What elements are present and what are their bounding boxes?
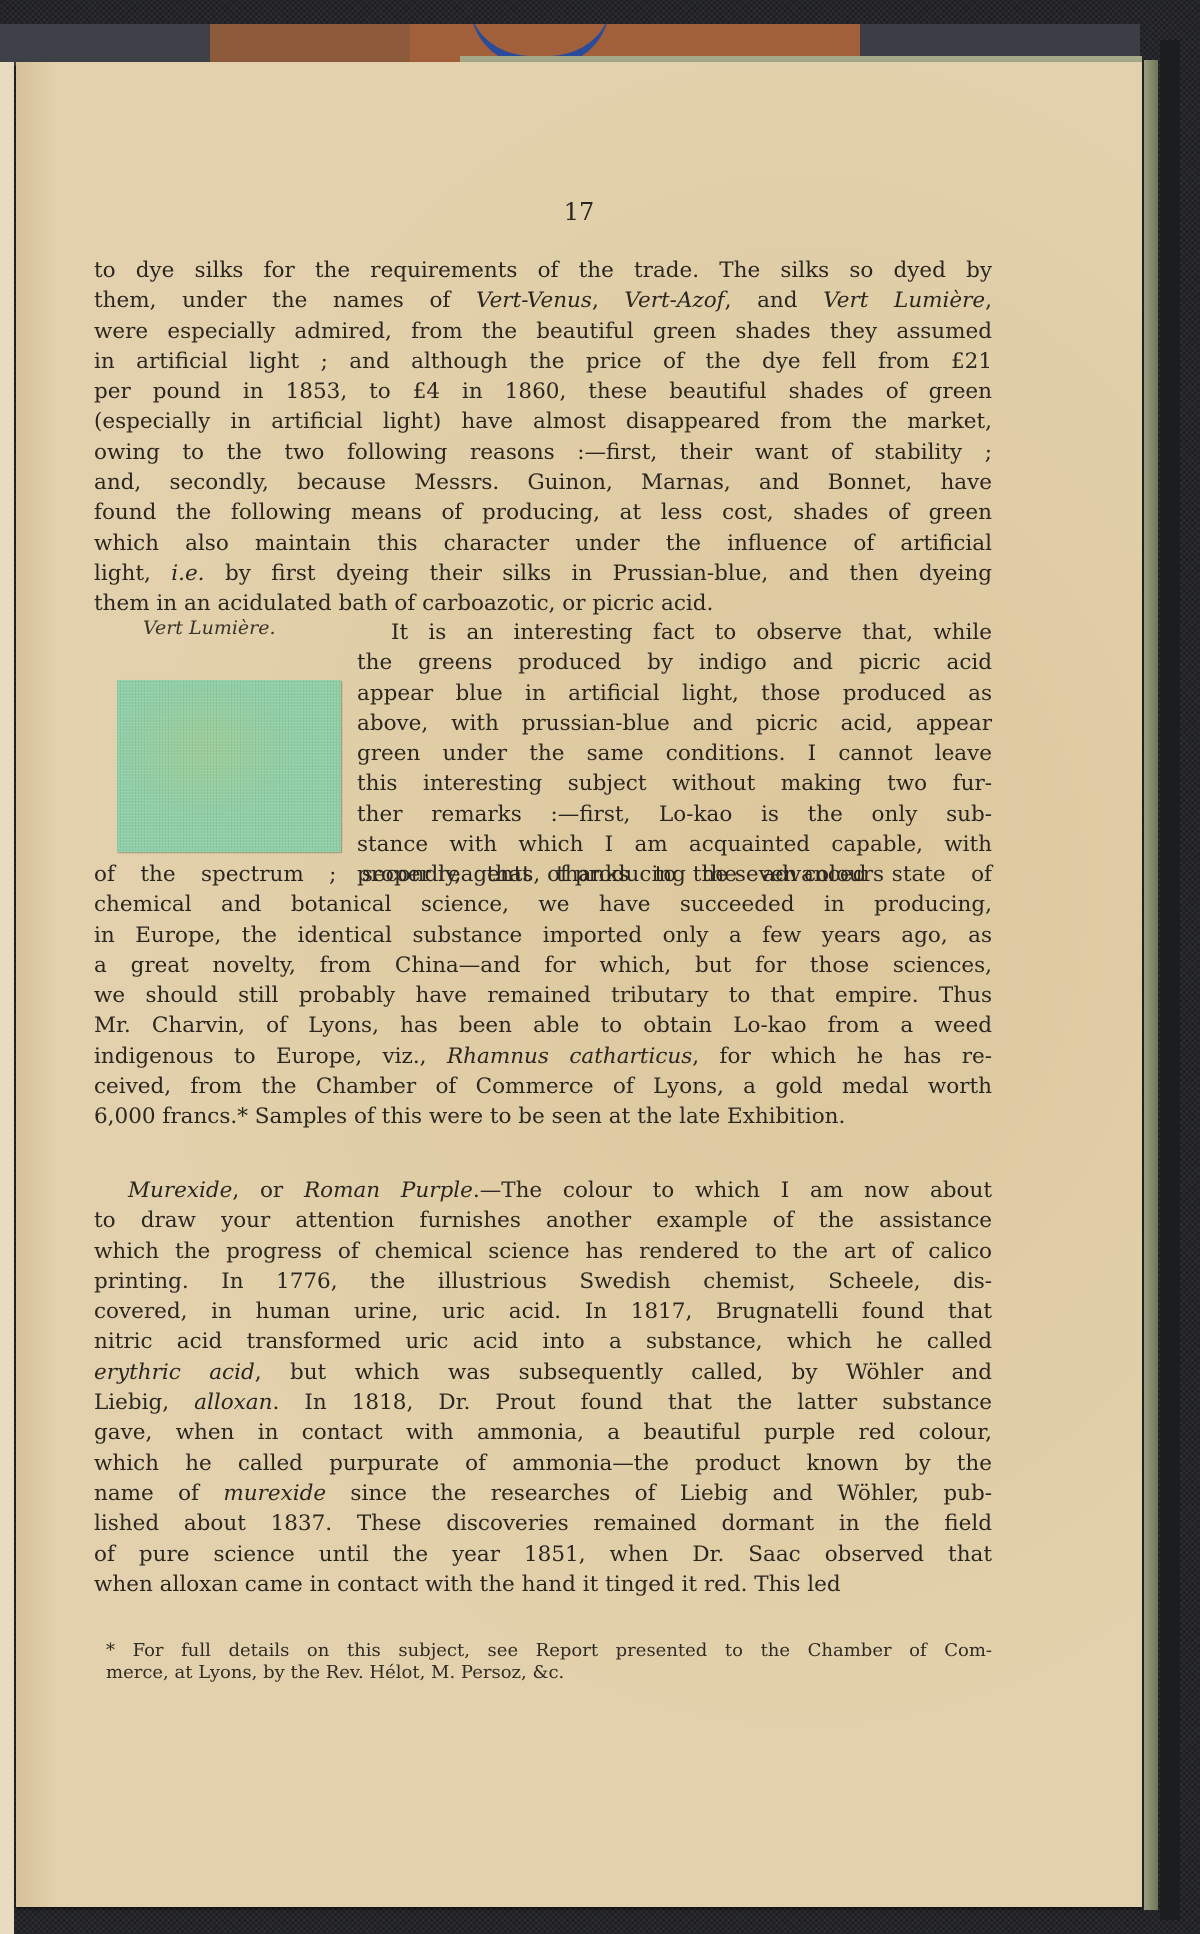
text-line: when alloxan came in contact with the ha…: [94, 1570, 992, 1600]
text-line: were especially admired, from the beauti…: [94, 317, 992, 347]
italic-term: alloxan: [194, 1390, 272, 1415]
text-line: nitric acid transformed uric acid into a…: [94, 1327, 992, 1357]
text-line: in Europe, the identical substance impor…: [94, 921, 992, 951]
text-line: Murexide, or Roman Purple.—The colour to…: [94, 1176, 992, 1206]
page-edge-strip-right: [1144, 60, 1158, 1910]
text-line: to draw your attention furnishes another…: [94, 1206, 992, 1236]
text-line: per pound in 1853, to £4 in 1860, these …: [94, 377, 992, 407]
paragraph-lokao-continued: of the spectrum ; secondly, that thanks …: [94, 860, 992, 1133]
text-line: covered, in human urine, uric acid. In 1…: [94, 1297, 992, 1327]
text-line: appear blue in artificial light, those p…: [357, 679, 992, 709]
italic-term: Rhamnus catharticus: [447, 1044, 692, 1069]
text-line: which the progress of chemical science h…: [94, 1237, 992, 1267]
text-line: above, with prussian-blue and picric aci…: [357, 709, 992, 739]
cover-edge-right: [1160, 40, 1180, 1920]
silk-sample-swatch: [117, 680, 341, 852]
text-line: name of murexide since the researches of…: [94, 1479, 992, 1509]
footnote: * For full details on this subject, see …: [106, 1640, 992, 1684]
book-page: 17 to dye silks for the requirements of …: [16, 62, 1142, 1907]
text-line: indigenous to Europe, viz., Rhamnus cath…: [94, 1042, 992, 1072]
text-line: a great novelty, from China—and for whic…: [94, 951, 992, 981]
text-line: and, secondly, because Messrs. Guinon, M…: [94, 468, 992, 498]
text-line: * For full details on this subject, see …: [106, 1640, 992, 1662]
text-line: this interesting subject without making …: [357, 769, 992, 799]
previous-page-edge: [0, 62, 14, 1934]
paragraph-vert-lumiere: to dye silks for the requirements of the…: [94, 256, 992, 620]
text-line: stance with which I am acquainted capabl…: [357, 830, 992, 860]
paragraph-murexide: Murexide, or Roman Purple.—The colour to…: [94, 1176, 992, 1600]
text-line: ceived, from the Chamber of Commerce of …: [94, 1072, 992, 1102]
text-line: light, i.e. by first dyeing their silks …: [94, 559, 992, 589]
italic-term: murexide: [223, 1481, 326, 1506]
text-line: to dye silks for the requirements of the…: [94, 256, 992, 286]
text-line: of pure science until the year 1851, whe…: [94, 1540, 992, 1570]
text-line: them in an acidulated bath of carboazoti…: [94, 589, 992, 619]
italic-term: i.e.: [171, 561, 204, 586]
text-line: which also maintain this character under…: [94, 529, 992, 559]
text-line: 6,000 francs.* Samples of this were to b…: [94, 1102, 992, 1132]
margin-note-vert-lumiere: Vert Lumière.: [143, 617, 276, 639]
italic-term: Vert-Venus: [476, 288, 592, 313]
cover-cloth-gray: [0, 24, 210, 66]
text-line: merce, at Lyons, by the Rev. Hélot, M. P…: [106, 1662, 992, 1684]
text-line: the greens produced by indigo and picric…: [357, 648, 992, 678]
text-line: ther remarks :—first, Lo-kao is the only…: [357, 800, 992, 830]
italic-term: Roman Purple: [304, 1178, 473, 1203]
page-number: 17: [16, 198, 1142, 226]
italic-term: erythric acid: [94, 1360, 255, 1385]
italic-term: Vert Lumière: [823, 288, 985, 313]
text-line: erythric acid, but which was subsequentl…: [94, 1358, 992, 1388]
text-line: which he called purpurate of ammonia—the…: [94, 1449, 992, 1479]
text-line: we should still probably have remained t…: [94, 981, 992, 1011]
paragraph-wrapped-beside-swatch: It is an interesting fact to observe tha…: [357, 618, 992, 891]
text-line: in artificial light ; and although the p…: [94, 347, 992, 377]
text-line: It is an interesting fact to observe tha…: [357, 618, 992, 648]
text-line: owing to the two following reasons :—fir…: [94, 438, 992, 468]
text-line: printing. In 1776, the illustrious Swedi…: [94, 1267, 992, 1297]
text-line: green under the same conditions. I canno…: [357, 739, 992, 769]
text-line: lished about 1837. These discoveries rem…: [94, 1509, 992, 1539]
italic-term: Murexide: [128, 1178, 232, 1203]
text-line: of the spectrum ; secondly, that thanks …: [94, 860, 992, 890]
italic-term: Vert-Azof: [624, 288, 724, 313]
cover-tape-brown: [210, 24, 410, 66]
text-line: (especially in artificial light) have al…: [94, 407, 992, 437]
text-line: Mr. Charvin, of Lyons, has been able to …: [94, 1011, 992, 1041]
text-line: gave, when in contact with ammonia, a be…: [94, 1418, 992, 1448]
text-line: found the following means of producing, …: [94, 498, 992, 528]
text-line: them, under the names of Vert-Venus, Ver…: [94, 286, 992, 316]
text-line: chemical and botanical science, we have …: [94, 890, 992, 920]
text-line: Liebig, alloxan. In 1818, Dr. Prout foun…: [94, 1388, 992, 1418]
